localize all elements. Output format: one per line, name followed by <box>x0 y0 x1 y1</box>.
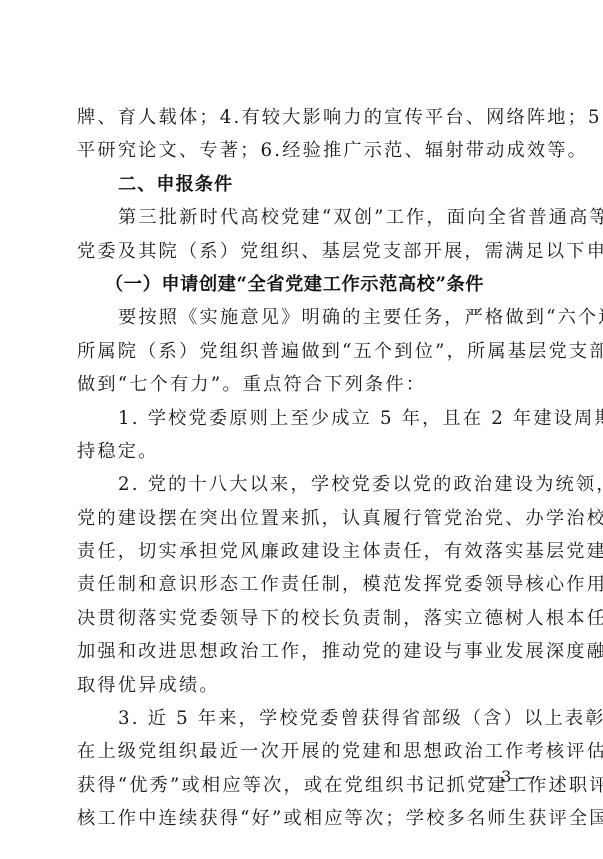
list-item-line: 责任制和意识形态工作责任制，模范发挥党委领导核心作用，坚 <box>77 568 533 601</box>
list-item-line: 取得优异成绩。 <box>77 669 533 702</box>
list-item-line: 3. 近 5 年来，学校党委曾获得省部级（含）以上表彰，或 <box>77 702 533 735</box>
document-page: 牌、育人载体；4.有较大影响力的宣传平台、网络阵地；5.高水 平研究论文、专著；… <box>0 0 603 859</box>
body-line: 所属院（系）党组织普遍做到“五个到位”，所属基层党支部普遍 <box>77 335 533 368</box>
list-item-line: 2. 党的十八大以来，学校党委以党的政治建设为统领，把 <box>77 468 533 501</box>
body-line: 要按照《实施意见》明确的主要任务，严格做到“六个过硬”， <box>77 301 533 334</box>
list-item-line: 加强和改进思想政治工作，推动党的建设与事业发展深度融合， <box>77 635 533 668</box>
body-line: 党委及其院（系）党组织、基层党支部开展，需满足以下申报条件： <box>77 235 533 268</box>
list-item-line: 决贯彻落实党委领导下的校长负责制，落实立德树人根本任务， <box>77 602 533 635</box>
body-line: 牌、育人载体；4.有较大影响力的宣传平台、网络阵地；5.高水 <box>77 101 533 134</box>
list-item-line: 核工作中连续获得“好”或相应等次；学校多名师生获评全国、全 <box>77 802 533 835</box>
list-item-line: 获得“优秀”或相应等次，或在党组织书记抓党建工作述职评议考 <box>77 769 533 802</box>
section-heading: 二、申报条件 <box>77 168 533 201</box>
list-item-line: 责任，切实承担党风廉政建设主体责任，有效落实基层党建工作 <box>77 535 533 568</box>
list-item-line: 1. 学校党委原则上至少成立 5 年，且在 2 年建设周期内保 <box>77 402 533 435</box>
list-item-line: 党的建设摆在突出位置来抓，认真履行管党治党、办学治校主体 <box>77 502 533 535</box>
page-number: — 3 — <box>478 766 534 788</box>
list-item-line: 持稳定。 <box>77 435 533 468</box>
list-item-line: 在上级党组织最近一次开展的党建和思想政治工作考核评估中 <box>77 735 533 768</box>
body-line: 平研究论文、专著；6.经验推广示范、辐射带动成效等。 <box>77 134 533 167</box>
subsection-heading: （一）申请创建“全省党建工作示范高校”条件 <box>77 268 533 301</box>
body-line: 第三批新时代高校党建“双创”工作，面向全省普通高等学校 <box>77 201 533 234</box>
page-content: 牌、育人载体；4.有较大影响力的宣传平台、网络阵地；5.高水 平研究论文、专著；… <box>77 101 533 836</box>
body-line: 做到“七个有力”。重点符合下列条件： <box>77 368 533 401</box>
